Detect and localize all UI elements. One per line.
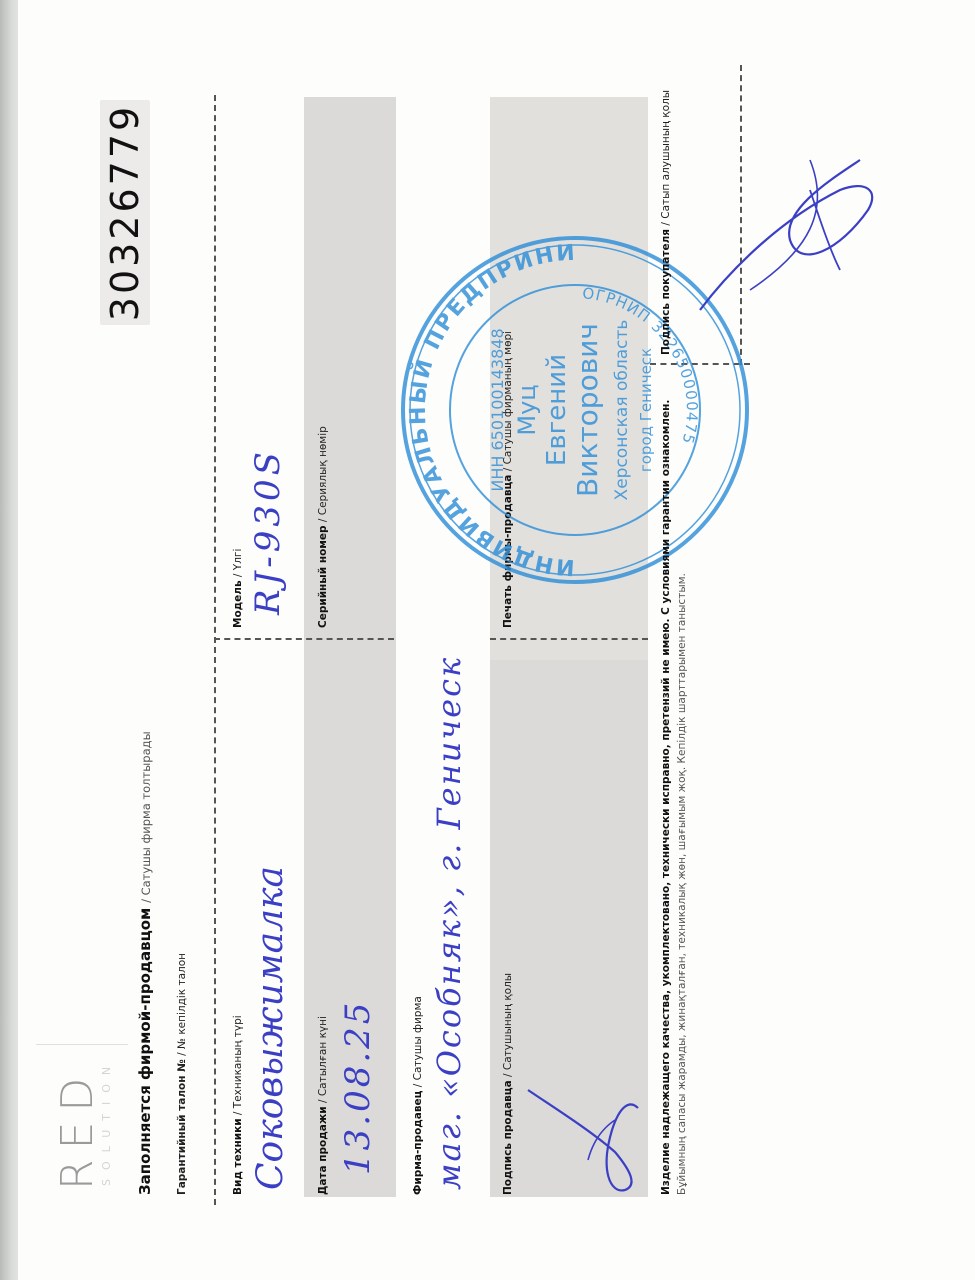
svg-text:Викторович: Викторович xyxy=(571,323,604,497)
serial-number-label-kz: Сериялық нөмір xyxy=(317,426,329,515)
header-title-kz: Сатушы фирма толтырады xyxy=(139,731,153,895)
svg-text:Евгений: Евгений xyxy=(542,354,572,466)
sale-date-label-ru: Дата продажи xyxy=(317,1106,329,1195)
footer-statement: Изделие надлежащего качества, укомплекто… xyxy=(658,355,690,1195)
buyer-signature-label: Подпись покупателя / Сатып алушының қолы xyxy=(660,90,672,355)
brand-logo: RED xyxy=(52,1068,103,1190)
buyer-signature-label-kz: Сатып алушының қолы xyxy=(660,90,672,219)
seller-firm-label-ru: Фирма-продавец xyxy=(412,1091,424,1195)
sale-date-label-kz: Сатылған күні xyxy=(317,1016,329,1096)
svg-text:Херсонская область: Херсонская область xyxy=(612,320,632,501)
model-label-kz: Үлгі xyxy=(232,549,244,571)
buyer-signature-icon[interactable] xyxy=(690,130,910,330)
warranty-card: RED SOLUTION Заполняется фирмой-продавцо… xyxy=(0,0,975,1280)
svg-text:город Геническ: город Геническ xyxy=(637,348,655,472)
header-title-ru: Заполняется фирмой-продавцом xyxy=(136,908,154,1195)
coupon-label-kz: № кепілдік талон xyxy=(176,953,188,1049)
coupon-number: 30326779 xyxy=(100,100,150,325)
divider-stamp xyxy=(490,638,648,640)
seller-signature-icon[interactable] xyxy=(520,1000,640,1200)
seller-firm-label-kz: Сатушы фирма xyxy=(412,996,424,1080)
svg-text:ИНН 650100143848: ИНН 650100143848 xyxy=(488,328,507,491)
buyer-signature-label-ru: Подпись покупателя xyxy=(660,229,672,355)
equipment-type-label-ru: Вид техники xyxy=(232,1118,244,1195)
coupon-label: Гарантийный талон № / № кепілдік талон xyxy=(176,953,188,1195)
seller-firm-value[interactable]: маг. «Особняк», г. Геническ xyxy=(430,656,468,1190)
serial-number-field[interactable] xyxy=(340,120,380,620)
equipment-type-label-kz: Техниканың түрі xyxy=(232,1015,244,1108)
serial-number-label: Серийный номер / Сериялық нөмір xyxy=(317,426,329,628)
model-value[interactable]: RJ-930S xyxy=(248,448,288,615)
equipment-type-label: Вид техники / Техниканың түрі xyxy=(232,1015,244,1195)
divider-model xyxy=(214,638,394,640)
sale-date-value[interactable]: 13.08.25 xyxy=(338,1000,378,1175)
brand-logo-subtitle: SOLUTION xyxy=(100,1058,113,1186)
seller-firm-label: Фирма-продавец / Сатушы фирма xyxy=(412,996,424,1195)
coupon-label-ru: Гарантийный талон № xyxy=(176,1059,188,1195)
seller-signature-label: Подпись продавца / Сатушының қолы xyxy=(502,973,514,1195)
sale-date-label: Дата продажи / Сатылған күні xyxy=(317,1016,329,1195)
logo-divider xyxy=(36,1044,128,1045)
equipment-type-value[interactable]: Соковыжималка xyxy=(250,866,291,1190)
divider-top xyxy=(214,95,216,1205)
svg-text:Муц: Муц xyxy=(513,384,541,435)
seller-signature-label-kz: Сатушының қолы xyxy=(502,973,514,1070)
form-header: Заполняется фирмой-продавцом / Сатушы фи… xyxy=(136,731,154,1195)
seller-signature-label-ru: Подпись продавца xyxy=(502,1080,514,1195)
model-label: Модель / Үлгі xyxy=(232,549,244,628)
footer-statement-ru: Изделие надлежащего качества, укомплекто… xyxy=(660,400,672,1195)
serial-number-label-ru: Серийный номер xyxy=(317,525,329,628)
model-label-ru: Модель xyxy=(232,580,244,628)
separator: / xyxy=(139,899,153,903)
footer-statement-kz: Бұйымның сапасы жарамды, жинақталған, те… xyxy=(674,355,690,1195)
